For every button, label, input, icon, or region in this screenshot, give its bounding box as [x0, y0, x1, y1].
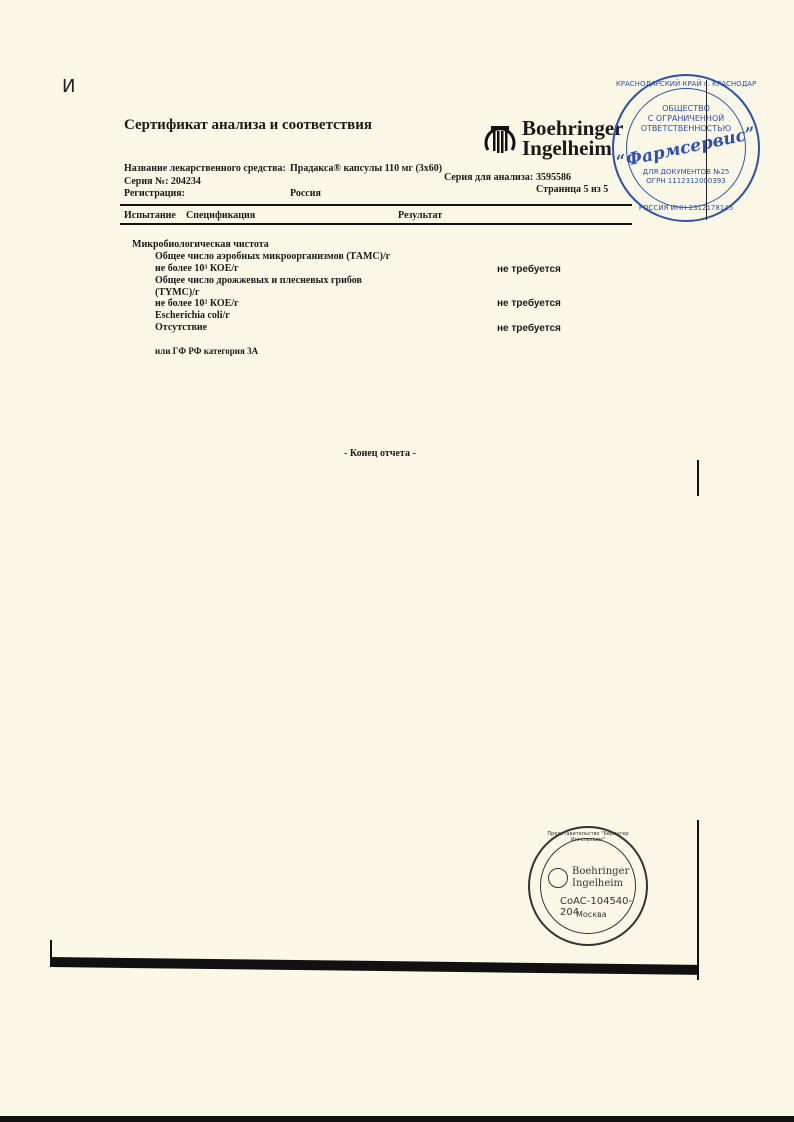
section-title: Микробиологическая чистота	[132, 239, 269, 251]
row-result: не требуется	[497, 323, 561, 334]
row-text: Escherichia coli/г	[155, 310, 230, 322]
stamp-outer-text: КРАСНОДАРСКИЙ КРАЙ г. КРАСНОДАР	[614, 80, 758, 88]
stamp-line: ОБЩЕСТВО	[614, 104, 758, 114]
registration-value: Россия	[290, 188, 321, 199]
stamp-line: ОГРН 1112312000393	[614, 177, 758, 186]
page-number: Страница 5 из 5	[536, 184, 608, 195]
row-result: не требуется	[497, 298, 561, 309]
page-edge-left	[50, 940, 52, 962]
series-label: Серия №:	[124, 176, 168, 187]
col-test: Испытание	[124, 210, 176, 221]
pharmservice-stamp: КРАСНОДАРСКИЙ КРАЙ г. КРАСНОДАР ОБЩЕСТВО…	[612, 74, 760, 222]
stamp-bottom-text: РОССИЯ ИНН 2312178145	[614, 204, 758, 212]
page-edge-right	[697, 820, 699, 980]
scan-mark	[697, 460, 699, 496]
row-text: не более 10² КОЕ/г	[155, 298, 239, 310]
registration-label: Регистрация:	[124, 188, 185, 199]
scan-bottom-edge	[0, 1116, 794, 1122]
col-spec: Спецификация	[186, 210, 255, 221]
handwritten-mark: И	[62, 76, 75, 97]
end-of-report: - Конец отчета -	[344, 448, 416, 459]
stamp-city: Москва	[576, 910, 607, 919]
analysis-series-label: Серия для анализа:	[444, 172, 533, 183]
document-title: Сертификат анализа и соответствия	[124, 117, 372, 134]
stamp-line: С ОГРАНИЧЕННОЙ	[614, 114, 758, 124]
stamp-name-line1: Boehringer	[572, 866, 629, 878]
scan-line	[706, 80, 707, 220]
stamp-name-line2: Ingelheim	[572, 878, 629, 890]
company-name-line1: Boehringer	[522, 118, 623, 138]
row-text: не более 10³ КОЕ/г	[155, 263, 239, 275]
drug-value: Прадакса® капсулы 110 мг (3x60)	[290, 163, 442, 174]
row-text: Общее число аэробных микроорганизмов (ТА…	[155, 251, 390, 263]
company-logo: Boehringer Ingelheim	[482, 118, 623, 158]
page-edge-bottom	[50, 957, 698, 975]
footnote: или ГФ РФ категория 3А	[155, 345, 258, 357]
drug-label: Название лекарственного средства:	[124, 163, 286, 174]
boehringer-stamp: Представительство "Берингер Ингельхайм" …	[528, 826, 648, 946]
analysis-series-value: 3595586	[536, 172, 571, 183]
company-name-line2: Ingelheim	[522, 138, 623, 158]
header-rule-top	[120, 204, 632, 206]
row-result: не требуется	[497, 264, 561, 275]
stamp-line: ДЛЯ ДОКУМЕНТОВ №25	[614, 168, 758, 177]
boehringer-logo-icon	[482, 118, 518, 158]
col-result: Результат	[398, 210, 442, 221]
row-text: Отсутствие	[155, 322, 207, 334]
boehringer-logo-icon	[548, 868, 568, 888]
header-rule-bottom	[120, 223, 632, 225]
stamp-outer-text: Представительство "Берингер Ингельхайм"	[530, 831, 646, 843]
series-value: 204234	[171, 176, 201, 187]
row-text: Общее число дрожжевых и плесневых грибов	[155, 275, 362, 287]
